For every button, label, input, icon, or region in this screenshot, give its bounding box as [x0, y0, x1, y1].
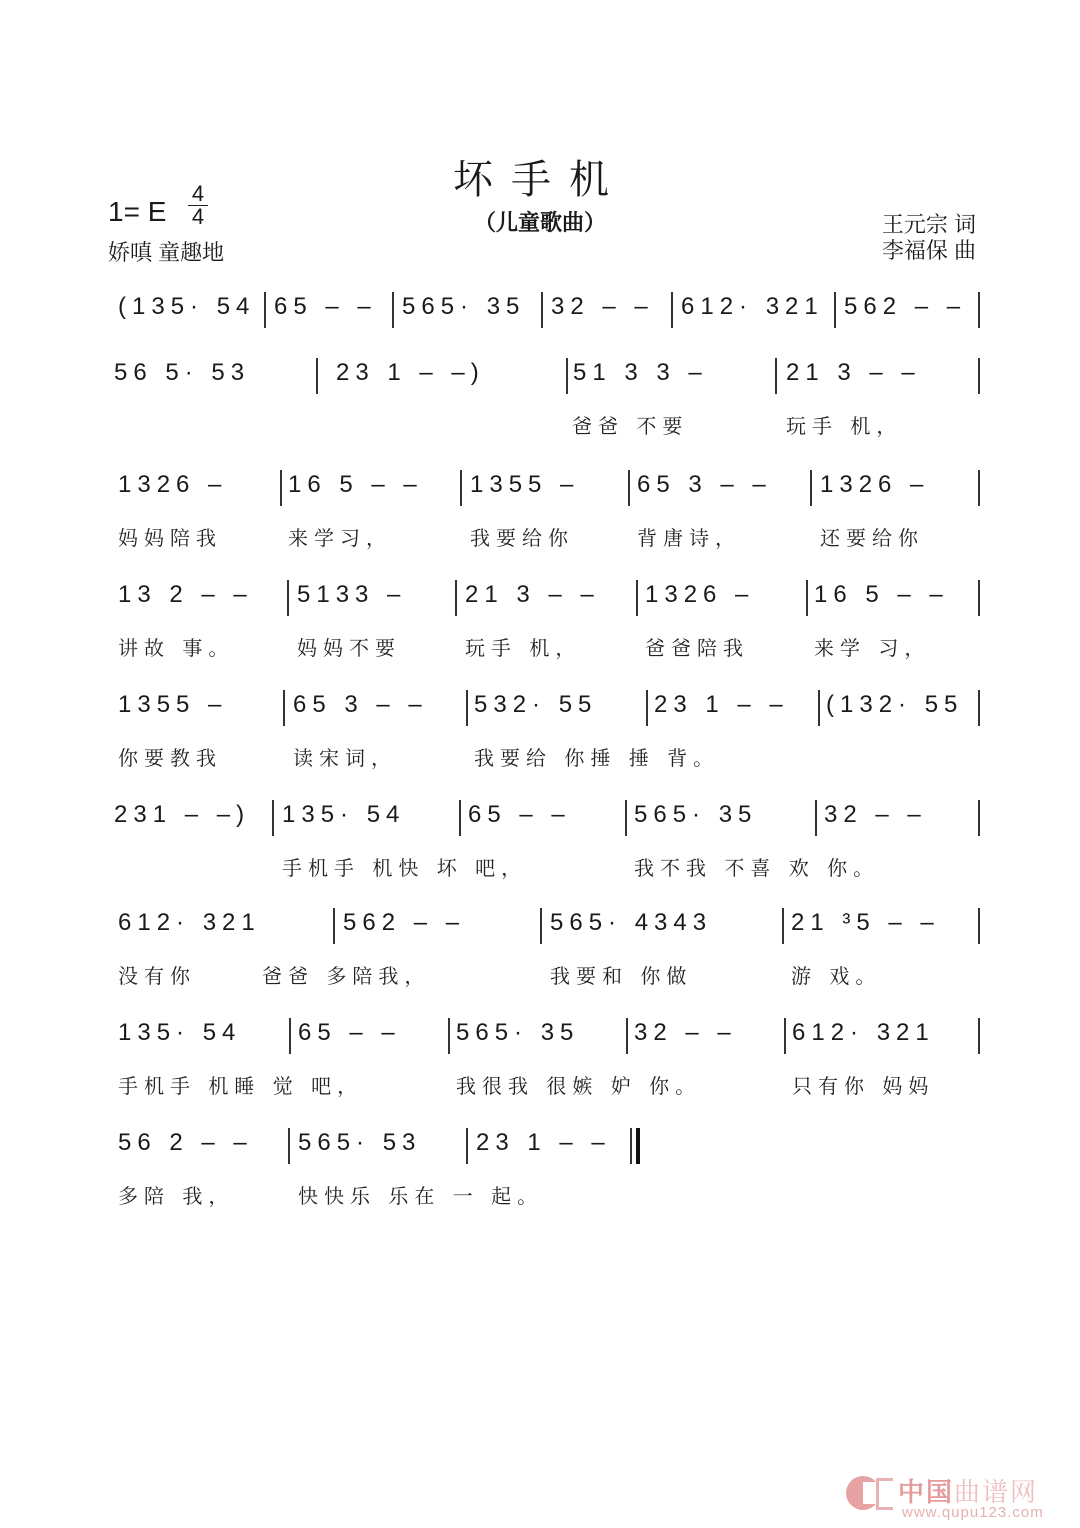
barline — [834, 292, 836, 328]
measure: 5133 – — [297, 580, 406, 630]
lyric-phrase: 只有你 妈妈 — [792, 1070, 934, 1099]
staff-line: 56 2 – –565· 5323 1 – –多陪 我，快快乐 乐在 一 起。 — [0, 1128, 1080, 1228]
staff-line: 56 5· 5323 1 – –)51 3 3 –21 3 – –爸爸 不要玩手… — [0, 358, 1080, 458]
staff-line: 231 – –)135· 5465 – –565· 3532 – –手机手 机快… — [0, 800, 1080, 900]
measure: 65 3 – – — [293, 690, 428, 740]
barline — [625, 800, 627, 836]
barline — [566, 358, 568, 394]
barline — [272, 800, 274, 836]
notation-row: 135· 5465 – –565· 3532 – –612· 321 — [0, 1018, 1080, 1068]
lyrics-row: 多陪 我，快快乐 乐在 一 起。 — [0, 1180, 1080, 1210]
measure: 135· 54 — [118, 1018, 241, 1068]
measure: 65 – – — [298, 1018, 401, 1068]
staff-line: 1326 –16 5 – –1355 –65 3 – –1326 –妈妈陪我来学… — [0, 470, 1080, 570]
lyric-phrase: 玩手 机， — [465, 632, 581, 661]
measure: 32 – – — [551, 292, 654, 342]
lyric-phrase: 手机手 机睡 觉 吧， — [118, 1070, 363, 1099]
barline — [978, 908, 980, 944]
lyric-phrase: 爸爸陪我 — [645, 632, 749, 661]
lyric-phrase: 你要教我 — [118, 742, 222, 771]
lyric-phrase: 还要给你 — [820, 522, 924, 551]
staff-line: 612· 321562 – –565· 434321 ³5 – –没有你爸爸 多… — [0, 908, 1080, 1008]
credits: 王元宗 词 李福保 曲 — [882, 212, 976, 264]
lyrics-row: 妈妈陪我来学习，我要给你背唐诗，还要给你 — [0, 522, 1080, 552]
tempo-marking: 娇嗔 童趣地 — [108, 236, 224, 267]
measure: 565· 53 — [298, 1128, 421, 1178]
barline — [646, 690, 648, 726]
barline — [815, 800, 817, 836]
lyricist: 王元宗 词 — [882, 212, 976, 238]
lyric-phrase: 读宋词， — [293, 742, 397, 771]
measure: 65 – – — [274, 292, 377, 342]
measure: 565· 4343 — [550, 908, 712, 958]
barline — [289, 1018, 291, 1054]
measure: 565· 35 — [402, 292, 525, 342]
barline — [392, 292, 394, 328]
barline — [671, 292, 673, 328]
lyrics-row: 爸爸 不要玩手 机， — [0, 410, 1080, 440]
measure: 13 2 – – — [118, 580, 253, 630]
measure: 65 – – — [468, 800, 571, 850]
notation-row: 56 2 – –565· 5323 1 – – — [0, 1128, 1080, 1178]
lyric-phrase: 妈妈陪我 — [118, 522, 222, 551]
measure: 23 1 – –) — [336, 358, 485, 408]
notation-row: 13 2 – –5133 –21 3 – –1326 –16 5 – – — [0, 580, 1080, 630]
lyric-phrase: 没有你 — [118, 960, 196, 989]
measure: 23 1 – – — [654, 690, 789, 740]
measure: 135· 54 — [282, 800, 405, 850]
measure: 565· 35 — [634, 800, 757, 850]
barline — [540, 908, 542, 944]
notation-row: 1355 –65 3 – –532· 5523 1 – –(132· 55 — [0, 690, 1080, 740]
lyric-phrase: 爸爸 不要 — [572, 410, 688, 439]
lyrics-row: 手机手 机睡 觉 吧，我很我 很嫉 妒 你。只有你 妈妈 — [0, 1070, 1080, 1100]
final-barline — [636, 1128, 640, 1164]
barline — [978, 470, 980, 506]
measure: 565· 35 — [456, 1018, 579, 1068]
lyric-phrase: 我要给你 — [470, 522, 574, 551]
measure: 23 1 – – — [476, 1128, 611, 1178]
barline — [541, 292, 543, 328]
barline — [978, 358, 980, 394]
barline — [626, 1018, 628, 1054]
composer: 李福保 曲 — [882, 238, 976, 264]
barline — [978, 690, 980, 726]
barline — [782, 908, 784, 944]
staff-line: 1355 –65 3 – –532· 5523 1 – –(132· 55你要教… — [0, 690, 1080, 790]
lyric-phrase: 多陪 我， — [118, 1180, 234, 1209]
measure: 21 3 – – — [786, 358, 921, 408]
measure: 612· 321 — [118, 908, 261, 958]
barline — [806, 580, 808, 616]
measure: 532· 55 — [474, 690, 597, 740]
barline — [775, 358, 777, 394]
watermark-url: www.qupu123.com — [902, 1504, 1044, 1521]
lyric-phrase: 来学习， — [288, 522, 392, 551]
lyric-phrase: 我不我 不喜 欢 你。 — [634, 852, 879, 881]
lyric-phrase: 我要和 你做 — [550, 960, 692, 989]
measure: 1326 – — [820, 470, 929, 520]
staff-line: 13 2 – –5133 –21 3 – –1326 –16 5 – –讲故 事… — [0, 580, 1080, 680]
measure: 56 2 – – — [118, 1128, 253, 1178]
barline — [810, 470, 812, 506]
measure: 612· 321 — [681, 292, 824, 342]
measure: 1355 – — [470, 470, 579, 520]
notation-row: 1326 –16 5 – –1355 –65 3 – –1326 – — [0, 470, 1080, 520]
lyrics-row: 你要教我读宋词，我要给 你捶 捶 背。 — [0, 742, 1080, 772]
notation-row: 56 5· 5323 1 – –)51 3 3 –21 3 – – — [0, 358, 1080, 408]
measure: 1326 – — [118, 470, 227, 520]
lyric-phrase: 妈妈不要 — [297, 632, 401, 661]
lyric-phrase: 快快乐 乐在 一 起。 — [298, 1180, 543, 1209]
barline — [628, 470, 630, 506]
barline — [636, 580, 638, 616]
measure: (135· 54 — [118, 292, 255, 342]
measure: 1355 – — [118, 690, 227, 740]
barline — [283, 690, 285, 726]
barline — [287, 580, 289, 616]
measure: 32 – – — [634, 1018, 737, 1068]
barline — [978, 292, 980, 328]
barline — [288, 1128, 290, 1164]
barline — [316, 358, 318, 394]
lyrics-row: 讲故 事。妈妈不要玩手 机，爸爸陪我来学 习， — [0, 632, 1080, 662]
watermark-logo-icon — [846, 1476, 880, 1510]
barline — [333, 908, 335, 944]
barline — [978, 1018, 980, 1054]
barline — [978, 580, 980, 616]
lyric-phrase: 我很我 很嫉 妒 你。 — [456, 1070, 701, 1099]
measure: 562 – – — [844, 292, 966, 342]
measure: 56 5· 53 — [114, 358, 250, 408]
barline — [784, 1018, 786, 1054]
lyric-phrase: 讲故 事。 — [118, 632, 234, 661]
notation-row: 231 – –)135· 5465 – –565· 3532 – – — [0, 800, 1080, 850]
measure: 562 – – — [343, 908, 465, 958]
barline — [448, 1018, 450, 1054]
measure: 231 – –) — [114, 800, 250, 850]
time-signature-bottom: 4 — [192, 204, 204, 229]
lyrics-row: 没有你爸爸 多陪我，我要和 你做游 戏。 — [0, 960, 1080, 990]
key-signature: 1= E — [108, 196, 166, 228]
staff-line: 135· 5465 – –565· 3532 – –612· 321手机手 机睡… — [0, 1018, 1080, 1118]
measure: 65 3 – – — [637, 470, 772, 520]
lyric-phrase: 手机手 机快 坏 吧， — [282, 852, 527, 881]
lyric-phrase: 玩手 机， — [786, 410, 902, 439]
barline — [466, 1128, 468, 1164]
barline — [264, 292, 266, 328]
lyric-phrase: 我要给 你捶 捶 背。 — [474, 742, 719, 771]
measure: 612· 321 — [792, 1018, 935, 1068]
lyric-phrase: 游 戏。 — [791, 960, 881, 989]
measure: 32 – – — [824, 800, 927, 850]
measure: 21 ³5 – – — [791, 908, 940, 958]
barline — [280, 470, 282, 506]
time-signature: 4 4 — [188, 184, 208, 227]
watermark: 中国曲谱网 www.qupu123.com — [846, 1472, 1076, 1522]
notation-row: 612· 321562 – –565· 434321 ³5 – – — [0, 908, 1080, 958]
lyric-phrase: 来学 习， — [814, 632, 930, 661]
lyric-phrase: 爸爸 多陪我， — [262, 960, 430, 989]
barline — [978, 800, 980, 836]
measure: 1326 – — [645, 580, 754, 630]
lyric-phrase: 背唐诗， — [637, 522, 741, 551]
time-signature-top: 4 — [192, 181, 204, 206]
barline — [455, 580, 457, 616]
barline — [818, 690, 820, 726]
measure: 16 5 – – — [814, 580, 949, 630]
measure: 51 3 3 – — [573, 358, 708, 408]
barline — [460, 470, 462, 506]
barline — [466, 690, 468, 726]
measure: (132· 55 — [826, 690, 963, 740]
lyrics-row: 手机手 机快 坏 吧，我不我 不喜 欢 你。 — [0, 852, 1080, 882]
barline — [459, 800, 461, 836]
notation-row: (135· 5465 – –565· 3532 – –612· 321562 –… — [0, 292, 1080, 342]
watermark-e-icon — [876, 1478, 893, 1510]
measure: 21 3 – – — [465, 580, 600, 630]
measure: 16 5 – – — [288, 470, 423, 520]
